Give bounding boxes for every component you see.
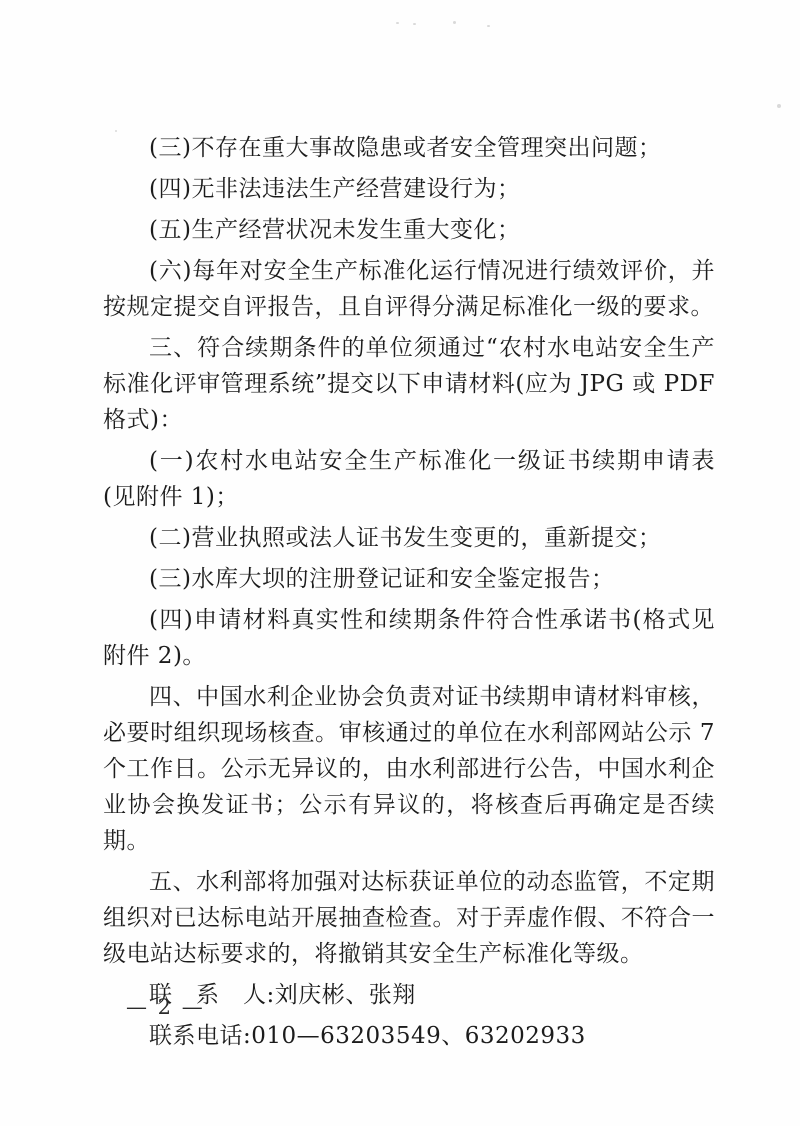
- scan-speck: [487, 25, 490, 27]
- paragraph-item-4: (四)无非法违法生产经营建设行为；: [103, 171, 715, 207]
- paragraph-item-3: (三)不存在重大事故隐患或者安全管理突出问题；: [103, 130, 715, 166]
- paragraph-item-6: (六)每年对安全生产标准化运行情况进行绩效评价，并按规定提交自评报告，且自评得分…: [103, 253, 715, 325]
- scan-speck: [453, 21, 456, 24]
- paragraph-material-1: (一)农村水电站安全生产标准化一级证书续期申请表(见附件 1)；: [103, 443, 715, 515]
- scan-speck: [777, 104, 781, 108]
- scan-speck: [396, 22, 399, 24]
- scanned-document-page: (三)不存在重大事故隐患或者安全管理突出问题； (四)无非法违法生产经营建设行为…: [0, 0, 800, 1126]
- scan-speck: [298, 915, 301, 918]
- paragraph-section-5: 五、水利部将加强对达标获证单位的动态监管，不定期组织对已达标电站开展抽查检查。对…: [103, 864, 715, 972]
- document-body: (三)不存在重大事故隐患或者安全管理突出问题； (四)无非法违法生产经营建设行为…: [103, 130, 715, 1059]
- paragraph-section-4: 四、中国水利企业协会负责对证书续期申请材料审核，必要时组织现场核查。审核通过的单…: [103, 679, 715, 859]
- contact-phone-line: 联系电话:010—63203549、63202933: [103, 1018, 715, 1054]
- paragraph-item-5: (五)生产经营状况未发生重大变化；: [103, 212, 715, 248]
- page-number: — 2 —: [126, 995, 205, 1019]
- paragraph-material-3: (三)水库大坝的注册登记证和安全鉴定报告；: [103, 561, 715, 597]
- scan-speck: [413, 23, 416, 25]
- paragraph-material-2: (二)营业执照或法人证书发生变更的，重新提交；: [103, 520, 715, 556]
- paragraph-material-4: (四)申请材料真实性和续期条件符合性承诺书(格式见附件 2)。: [103, 602, 715, 674]
- paragraph-section-3: 三、符合续期条件的单位须通过“农村水电站安全生产标准化评审管理系统”提交以下申请…: [103, 330, 715, 438]
- scan-speck: [115, 130, 117, 132]
